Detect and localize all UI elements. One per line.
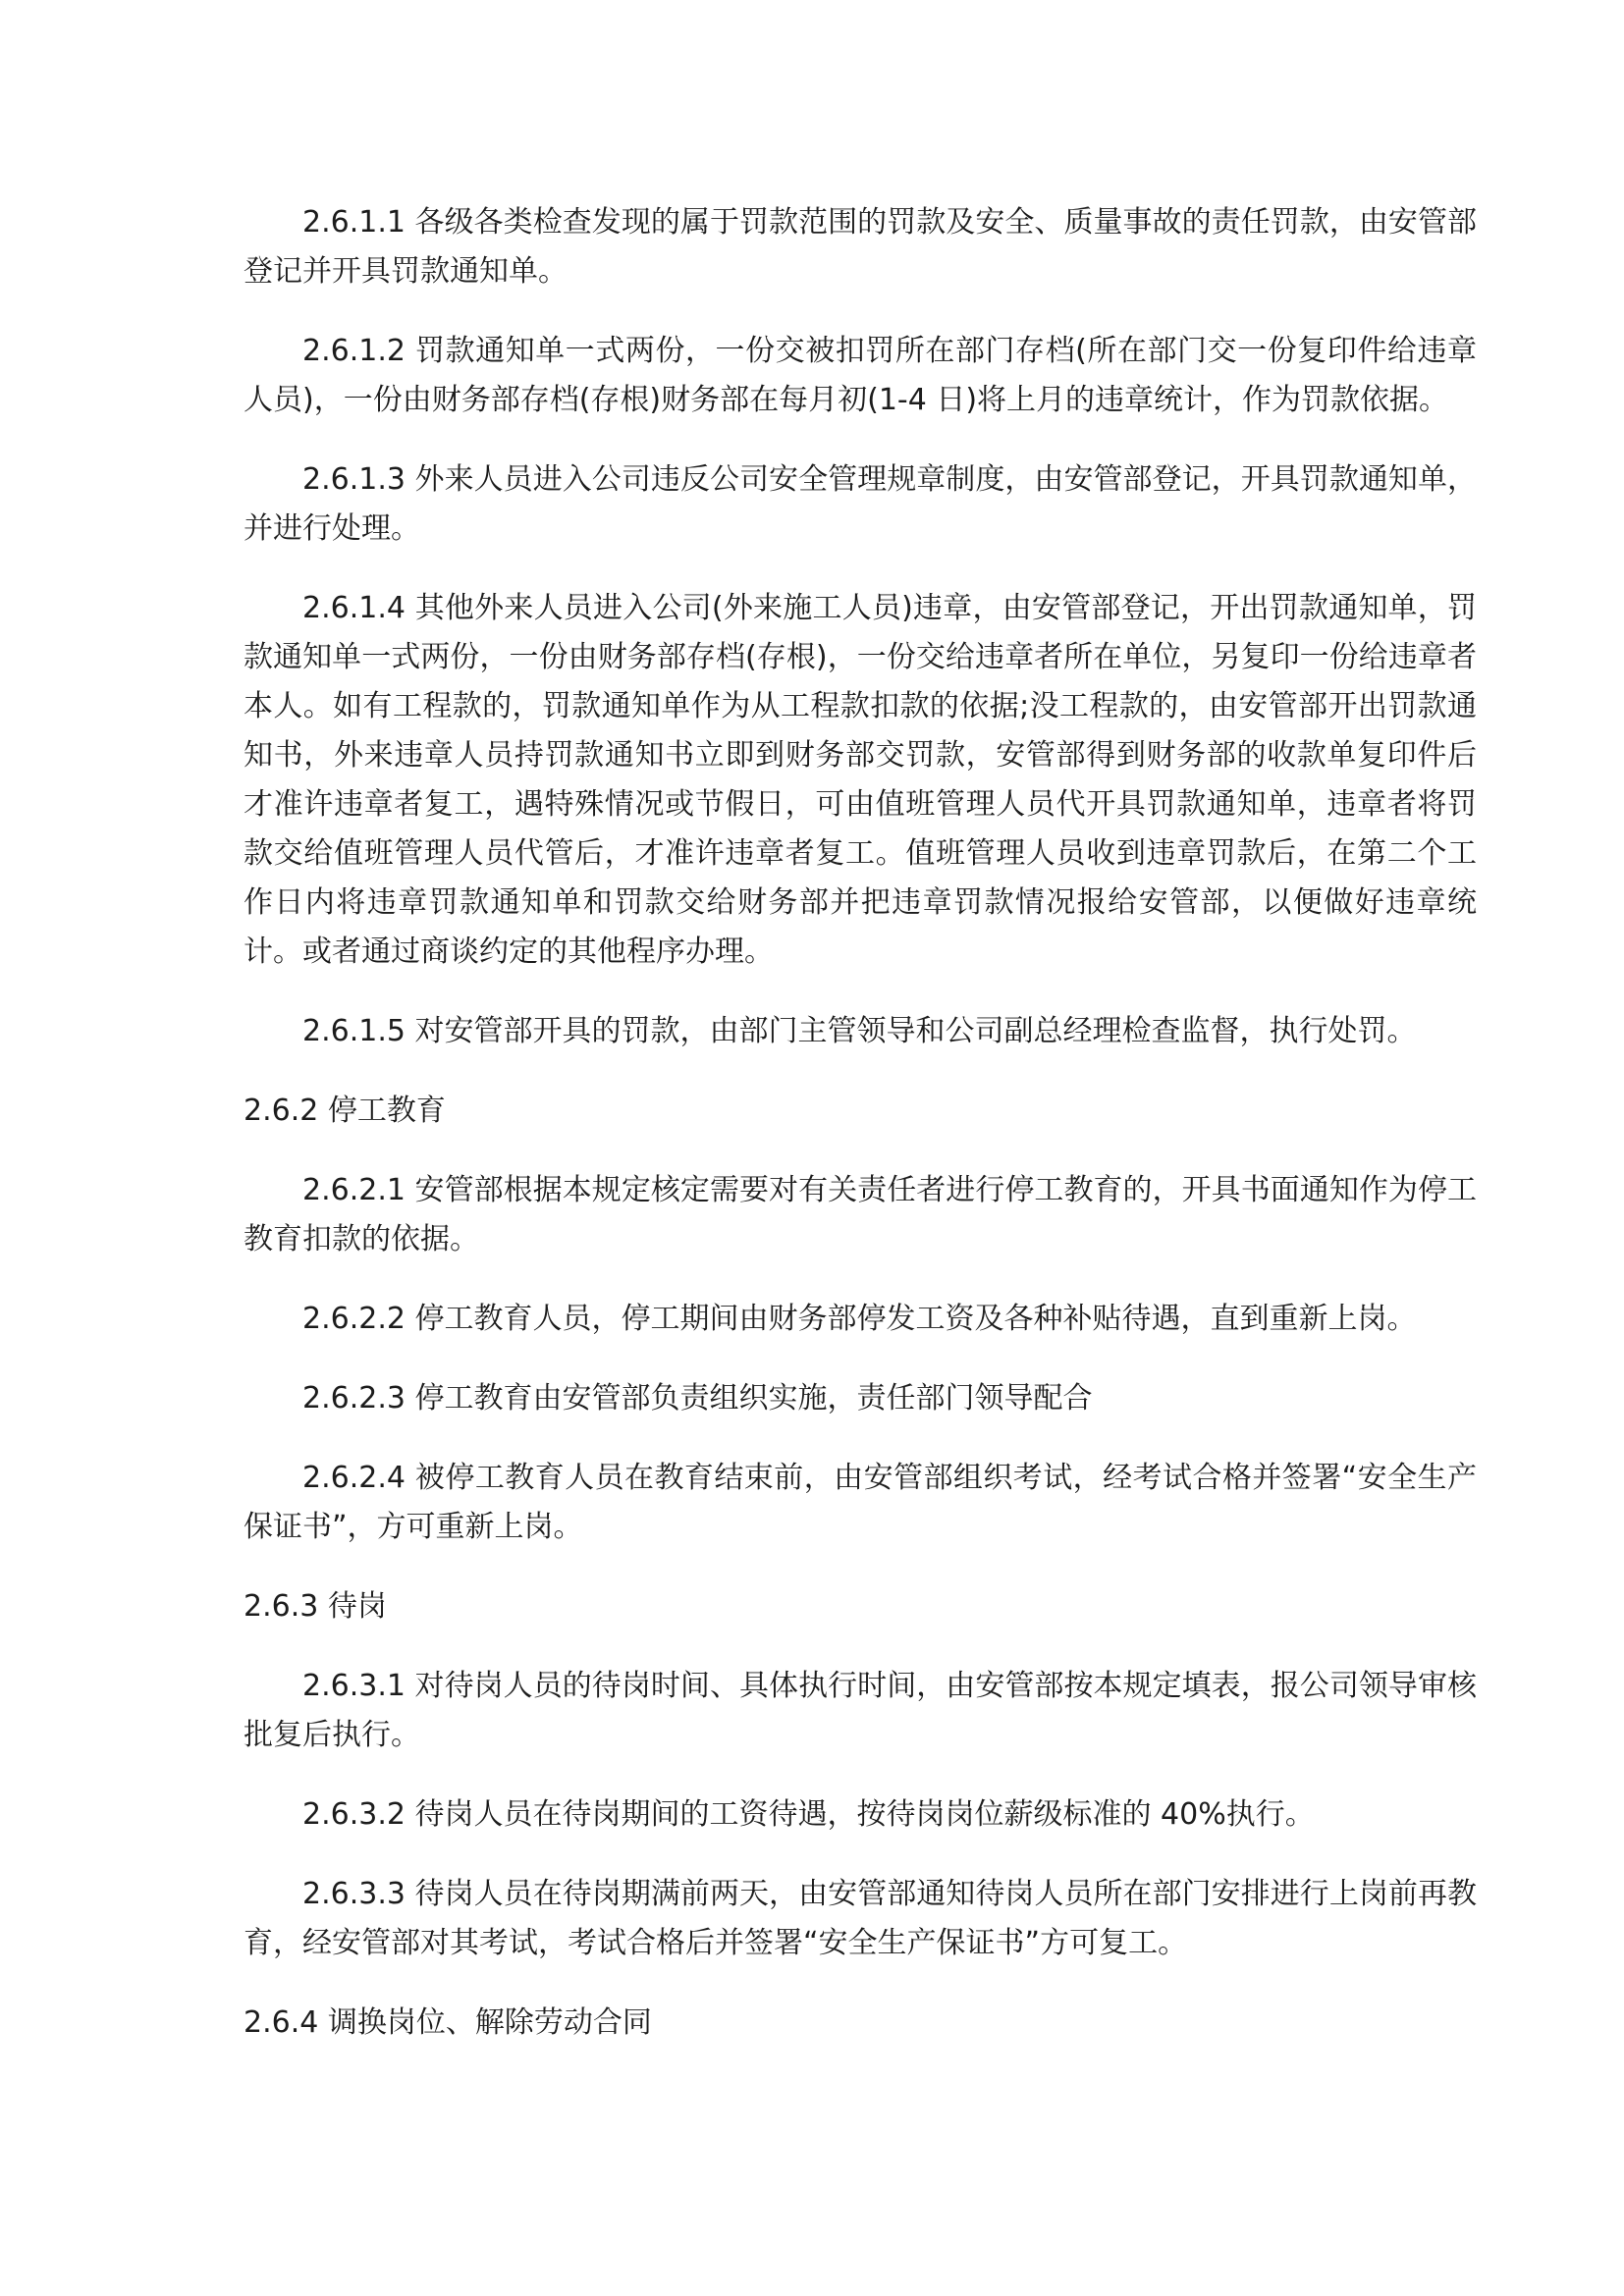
paragraph-2-6-1-5: 2.6.1.5 对安管部开具的罚款，由部门主管领导和公司副总经理检查监督，执行处… bbox=[244, 1007, 1477, 1056]
paragraph-2-6-1-2: 2.6.1.2 罚款通知单一式两份，一份交被扣罚所在部门存档(所在部门交一份复印… bbox=[244, 327, 1477, 425]
paragraph-2-6-3-2: 2.6.3.2 待岗人员在待岗期间的工资待遇，按待岗岗位薪级标准的 40%执行。 bbox=[244, 1790, 1477, 1840]
section-heading-2-6-4: 2.6.4 调换岗位、解除劳动合同 bbox=[244, 1999, 1477, 2048]
paragraph-2-6-1-4: 2.6.1.4 其他外来人员进入公司(外来施工人员)违章，由安管部登记，开出罚款… bbox=[244, 584, 1477, 977]
section-heading-2-6-3: 2.6.3 待岗 bbox=[244, 1582, 1477, 1631]
paragraph-2-6-2-1: 2.6.2.1 安管部根据本规定核定需要对有关责任者进行停工教育的，开具书面通知… bbox=[244, 1166, 1477, 1264]
paragraph-2-6-3-3: 2.6.3.3 待岗人员在待岗期满前两天，由安管部通知待岗人员所在部门安排进行上… bbox=[244, 1870, 1477, 1968]
paragraph-2-6-3-1: 2.6.3.1 对待岗人员的待岗时间、具体执行时间，由安管部按本规定填表，报公司… bbox=[244, 1662, 1477, 1760]
paragraph-2-6-2-3: 2.6.2.3 停工教育由安管部负责组织实施，责任部门领导配合 bbox=[244, 1374, 1477, 1423]
document-page: 2.6.1.1 各级各类检查发现的属于罚款范围的罚款及安全、质量事故的责任罚款，… bbox=[0, 0, 1624, 2296]
paragraph-2-6-1-3: 2.6.1.3 外来人员进入公司违反公司安全管理规章制度，由安管部登记，开具罚款… bbox=[244, 455, 1477, 554]
section-heading-2-6-2: 2.6.2 停工教育 bbox=[244, 1087, 1477, 1136]
paragraph-2-6-2-4: 2.6.2.4 被停工教育人员在教育结束前，由安管部组织考试，经考试合格并签署“… bbox=[244, 1454, 1477, 1552]
paragraph-2-6-1-1: 2.6.1.1 各级各类检查发现的属于罚款范围的罚款及安全、质量事故的责任罚款，… bbox=[244, 198, 1477, 296]
paragraph-2-6-2-2: 2.6.2.2 停工教育人员，停工期间由财务部停发工资及各种补贴待遇，直到重新上… bbox=[244, 1295, 1477, 1344]
